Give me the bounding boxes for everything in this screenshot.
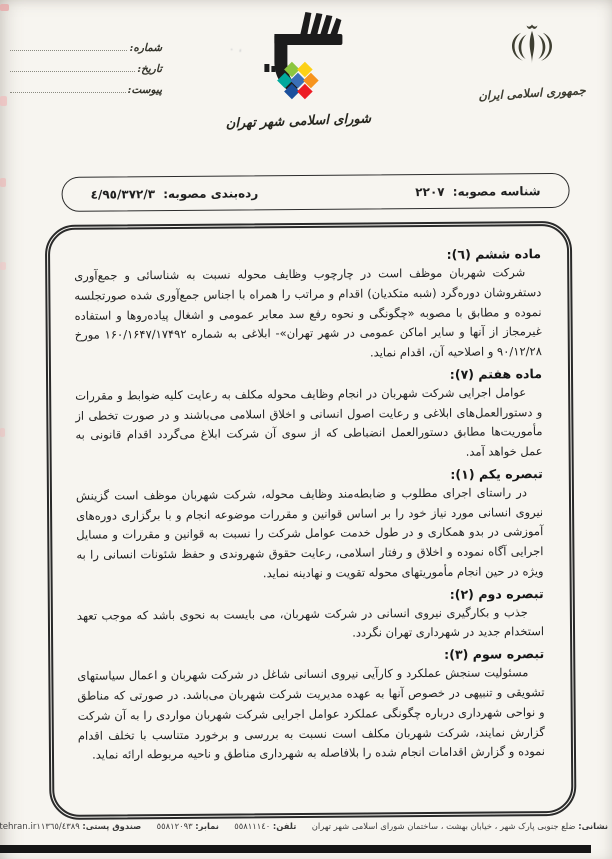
article-7-heading: ماده هفتم (٧): xyxy=(75,366,542,385)
note-3-body: مسئولیت سنجش عملکرد و کارآیی نیروی انسان… xyxy=(77,663,545,765)
resolution-id: شناسه مصوبه: ۲۲۰۷ xyxy=(415,184,540,199)
phone-label: تلفن: xyxy=(273,821,296,831)
article-6-body: شرکت شهربان موظف است در چارچوب وظایف محو… xyxy=(74,263,542,365)
resolution-classification-value: ٤/٩٥/٣٧٢/٣ xyxy=(91,187,160,202)
footer-address-line: نشانی: ضلع جنوبی پارک شهر ، خیابان بهشت … xyxy=(36,821,608,831)
article-6-heading: ماده ششم (٦): xyxy=(74,246,541,265)
footer: نشانی: ضلع جنوبی پارک شهر ، خیابان بهشت … xyxy=(4,821,608,832)
note-1-heading: تبصره یکم (١): xyxy=(76,466,543,485)
address-label: نشانی: xyxy=(578,821,608,831)
resolution-id-label: شناسه مصوبه: xyxy=(453,184,541,199)
resolution-id-value: ۲۲۰۷ xyxy=(415,184,448,198)
resolution-body-box: ماده ششم (٦): شرکت شهربان موظف است در چا… xyxy=(45,221,577,820)
note-2-heading: تبصره دوم (٢): xyxy=(77,586,544,605)
pobox-value: ١١٣٦٥/٤٣٨٩ xyxy=(36,821,79,831)
address-value: ضلع جنوبی پارک شهر ، خیابان بهشت ، ساختم… xyxy=(312,821,576,831)
scan-bottom-bar xyxy=(0,845,591,853)
fax-value: ٥٥٨١٢٠٩٣ xyxy=(157,821,193,831)
pobox-label: صندوق پستی: xyxy=(82,821,141,831)
footer-url: http://shora.tehran.ir xyxy=(0,822,36,832)
fax-label: نمابر: xyxy=(195,821,219,831)
phone-value: ٥٥٨١١١٤٠ xyxy=(234,821,270,831)
note-3-heading: تبصره سوم (٣): xyxy=(77,646,544,665)
note-1-body: در راستای اجرای مطلوب و ضابطه‌مند وظایف … xyxy=(76,483,544,585)
article-7-body: عوامل اجرایی شرکت شهربان در انجام وظایف … xyxy=(75,383,543,466)
resolution-classification-label: رده‌بندی مصوبه: xyxy=(163,186,258,201)
resolution-id-bar: شناسه مصوبه: ۲۲۰۷ رده‌بندی مصوبه: ٤/٩٥/٣… xyxy=(61,173,569,212)
note-2-body: جذب و بکارگیری نیروی انسانی در شرکت شهرب… xyxy=(77,603,544,646)
resolution-classification: رده‌بندی مصوبه: ٤/٩٥/٣٧٢/٣ xyxy=(91,186,259,201)
